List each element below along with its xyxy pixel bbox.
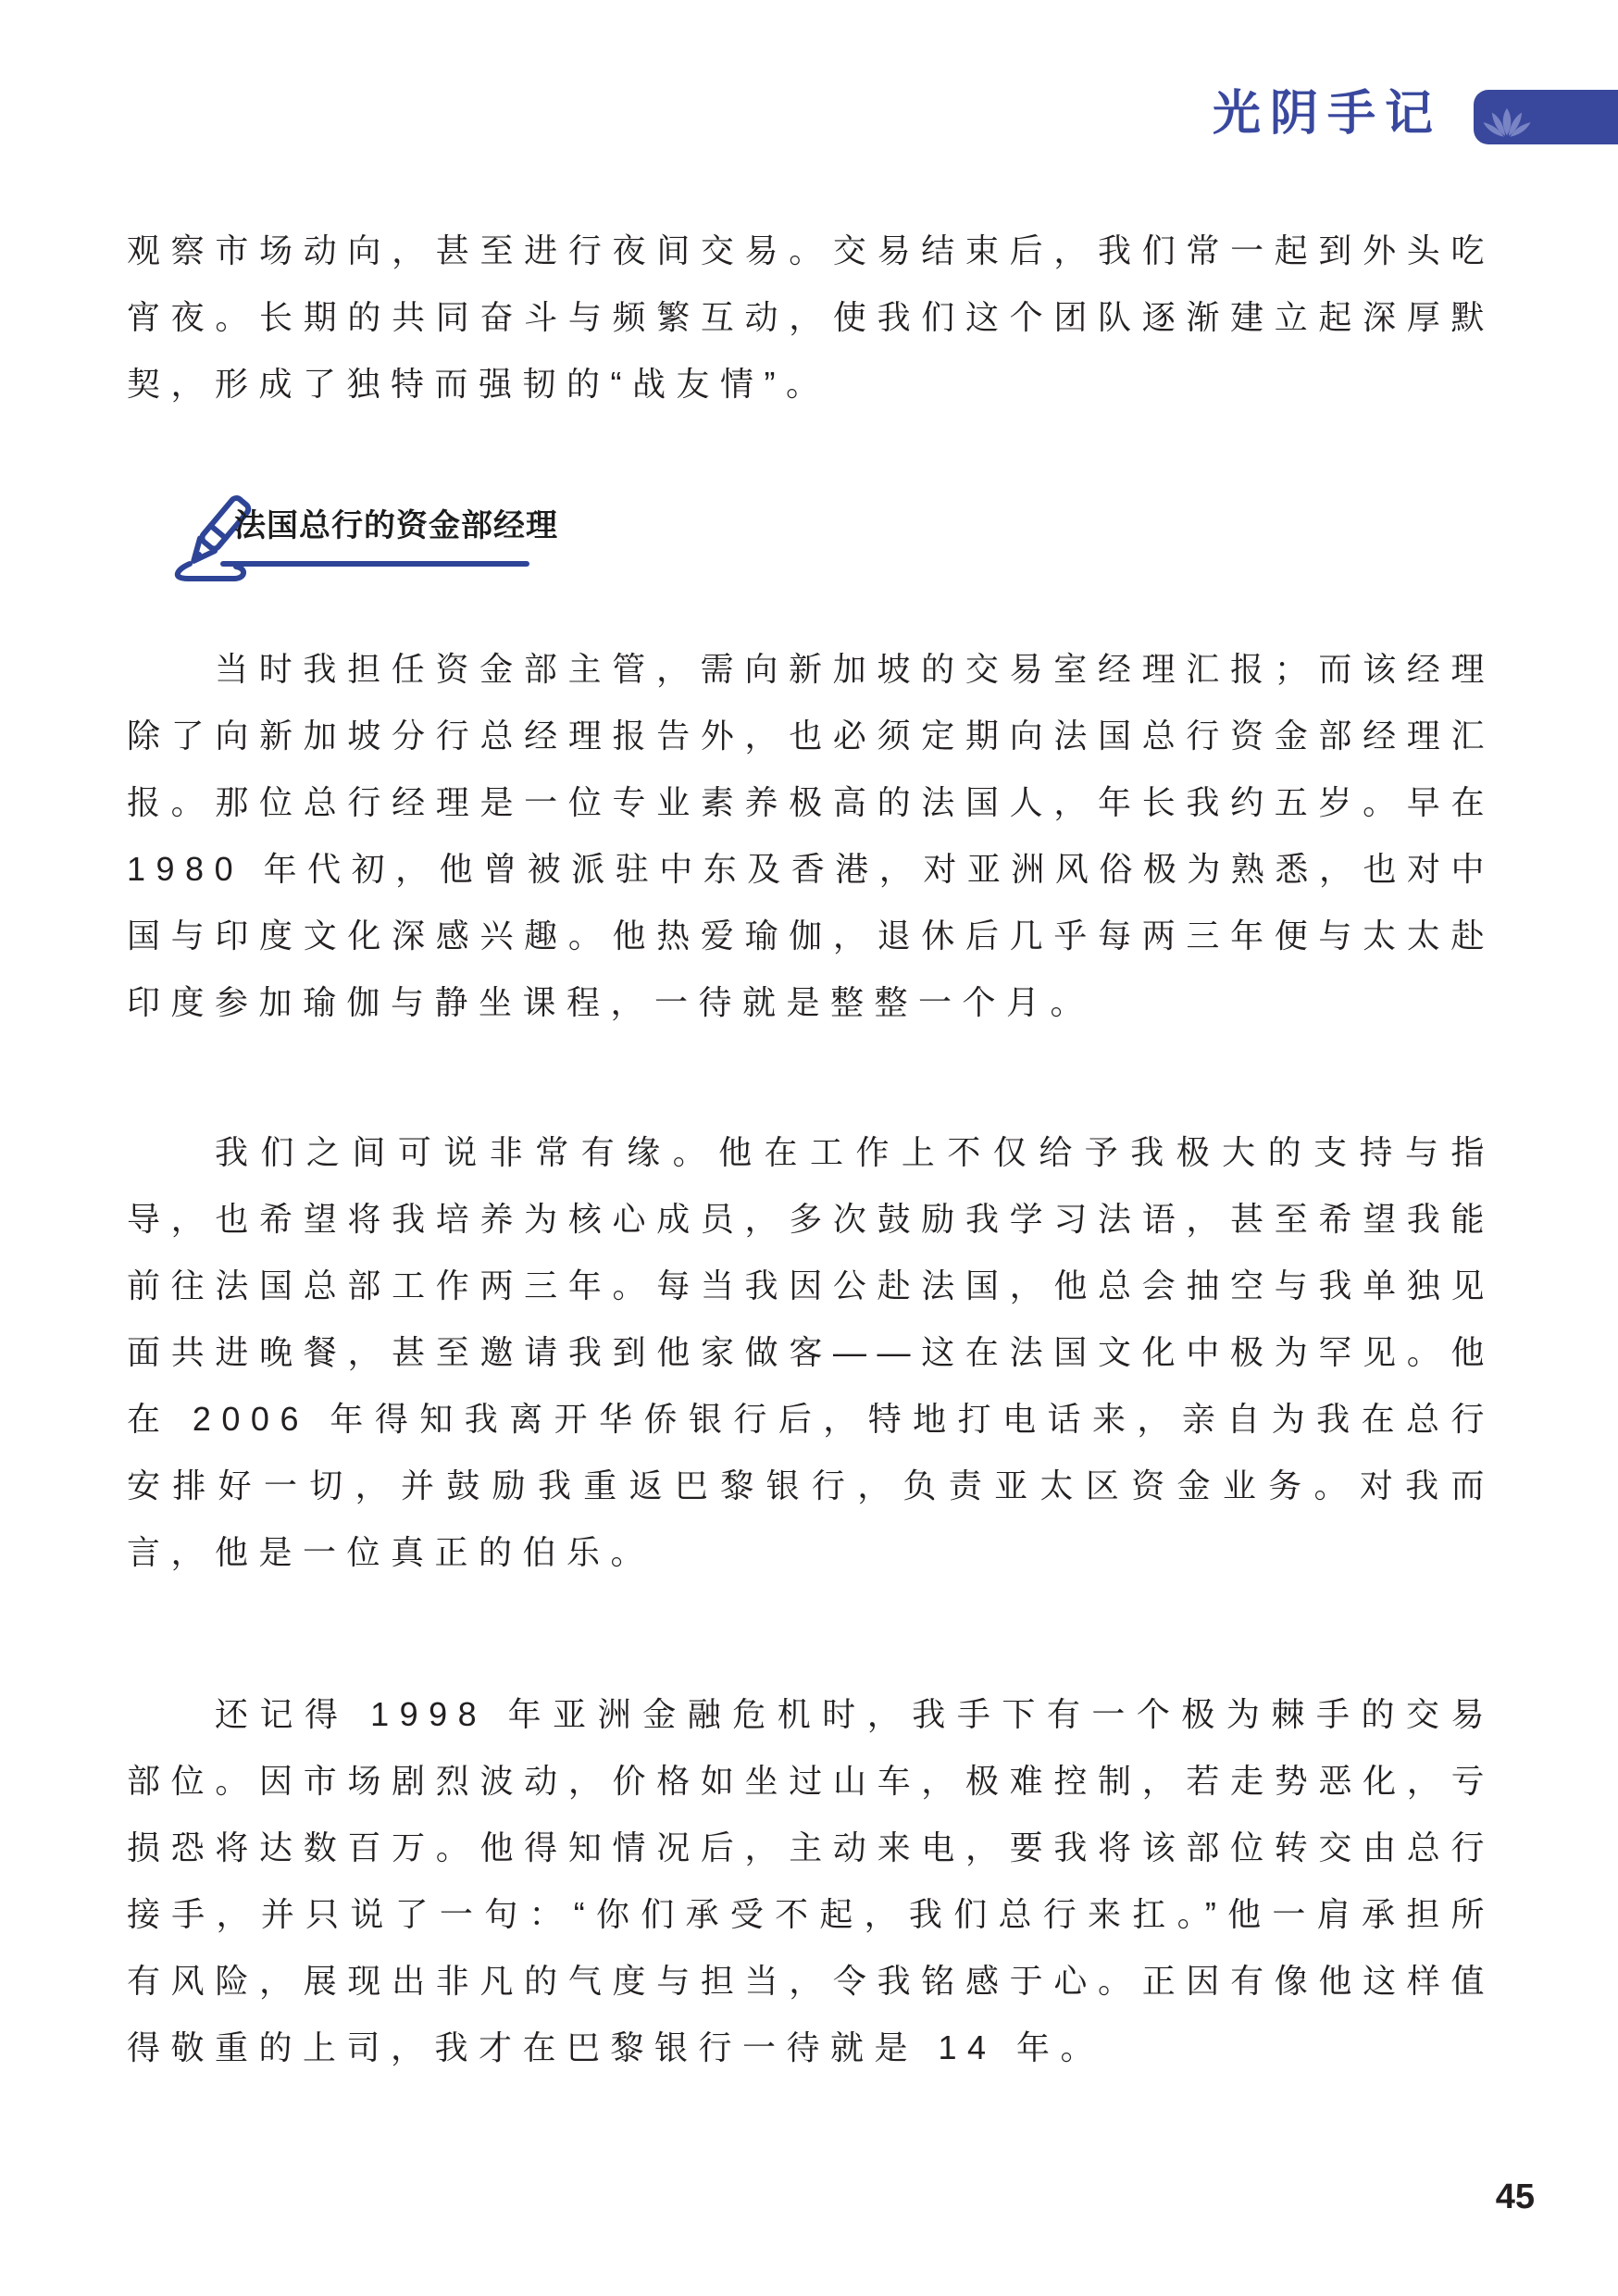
paragraph-4: 还记得 1998 年亚洲金融危机时，我手下有一个极为棘手的交易部位。因市场剧烈波… (127, 1681, 1495, 2081)
book-page: 光阴手记 观察市场动向，甚至进行夜间交易。交易结束后，我们常一起到外头吃宵夜。长… (0, 0, 1618, 2296)
paragraph-3: 我们之间可说非常有缘。他在工作上不仅给予我极大的支持与指导，也希望将我培养为核心… (127, 1119, 1495, 1586)
lotus-icon (1480, 106, 1534, 142)
paragraph-2: 当时我担任资金部主管，需向新加坡的交易室经理汇报；而该经理除了向新加坡分行总经理… (127, 636, 1495, 1036)
paragraph-1: 观察市场动向，甚至进行夜间交易。交易结束后，我们常一起到外头吃宵夜。长期的共同奋… (127, 218, 1495, 418)
header-banner (1474, 90, 1618, 144)
section-title: 法国总行的资金部经理 (234, 500, 558, 545)
section-heading-block: 法国总行的资金部经理 (127, 477, 830, 588)
page-number: 45 (1496, 2177, 1535, 2217)
page-header-title: 光阴手记 (1213, 87, 1442, 141)
